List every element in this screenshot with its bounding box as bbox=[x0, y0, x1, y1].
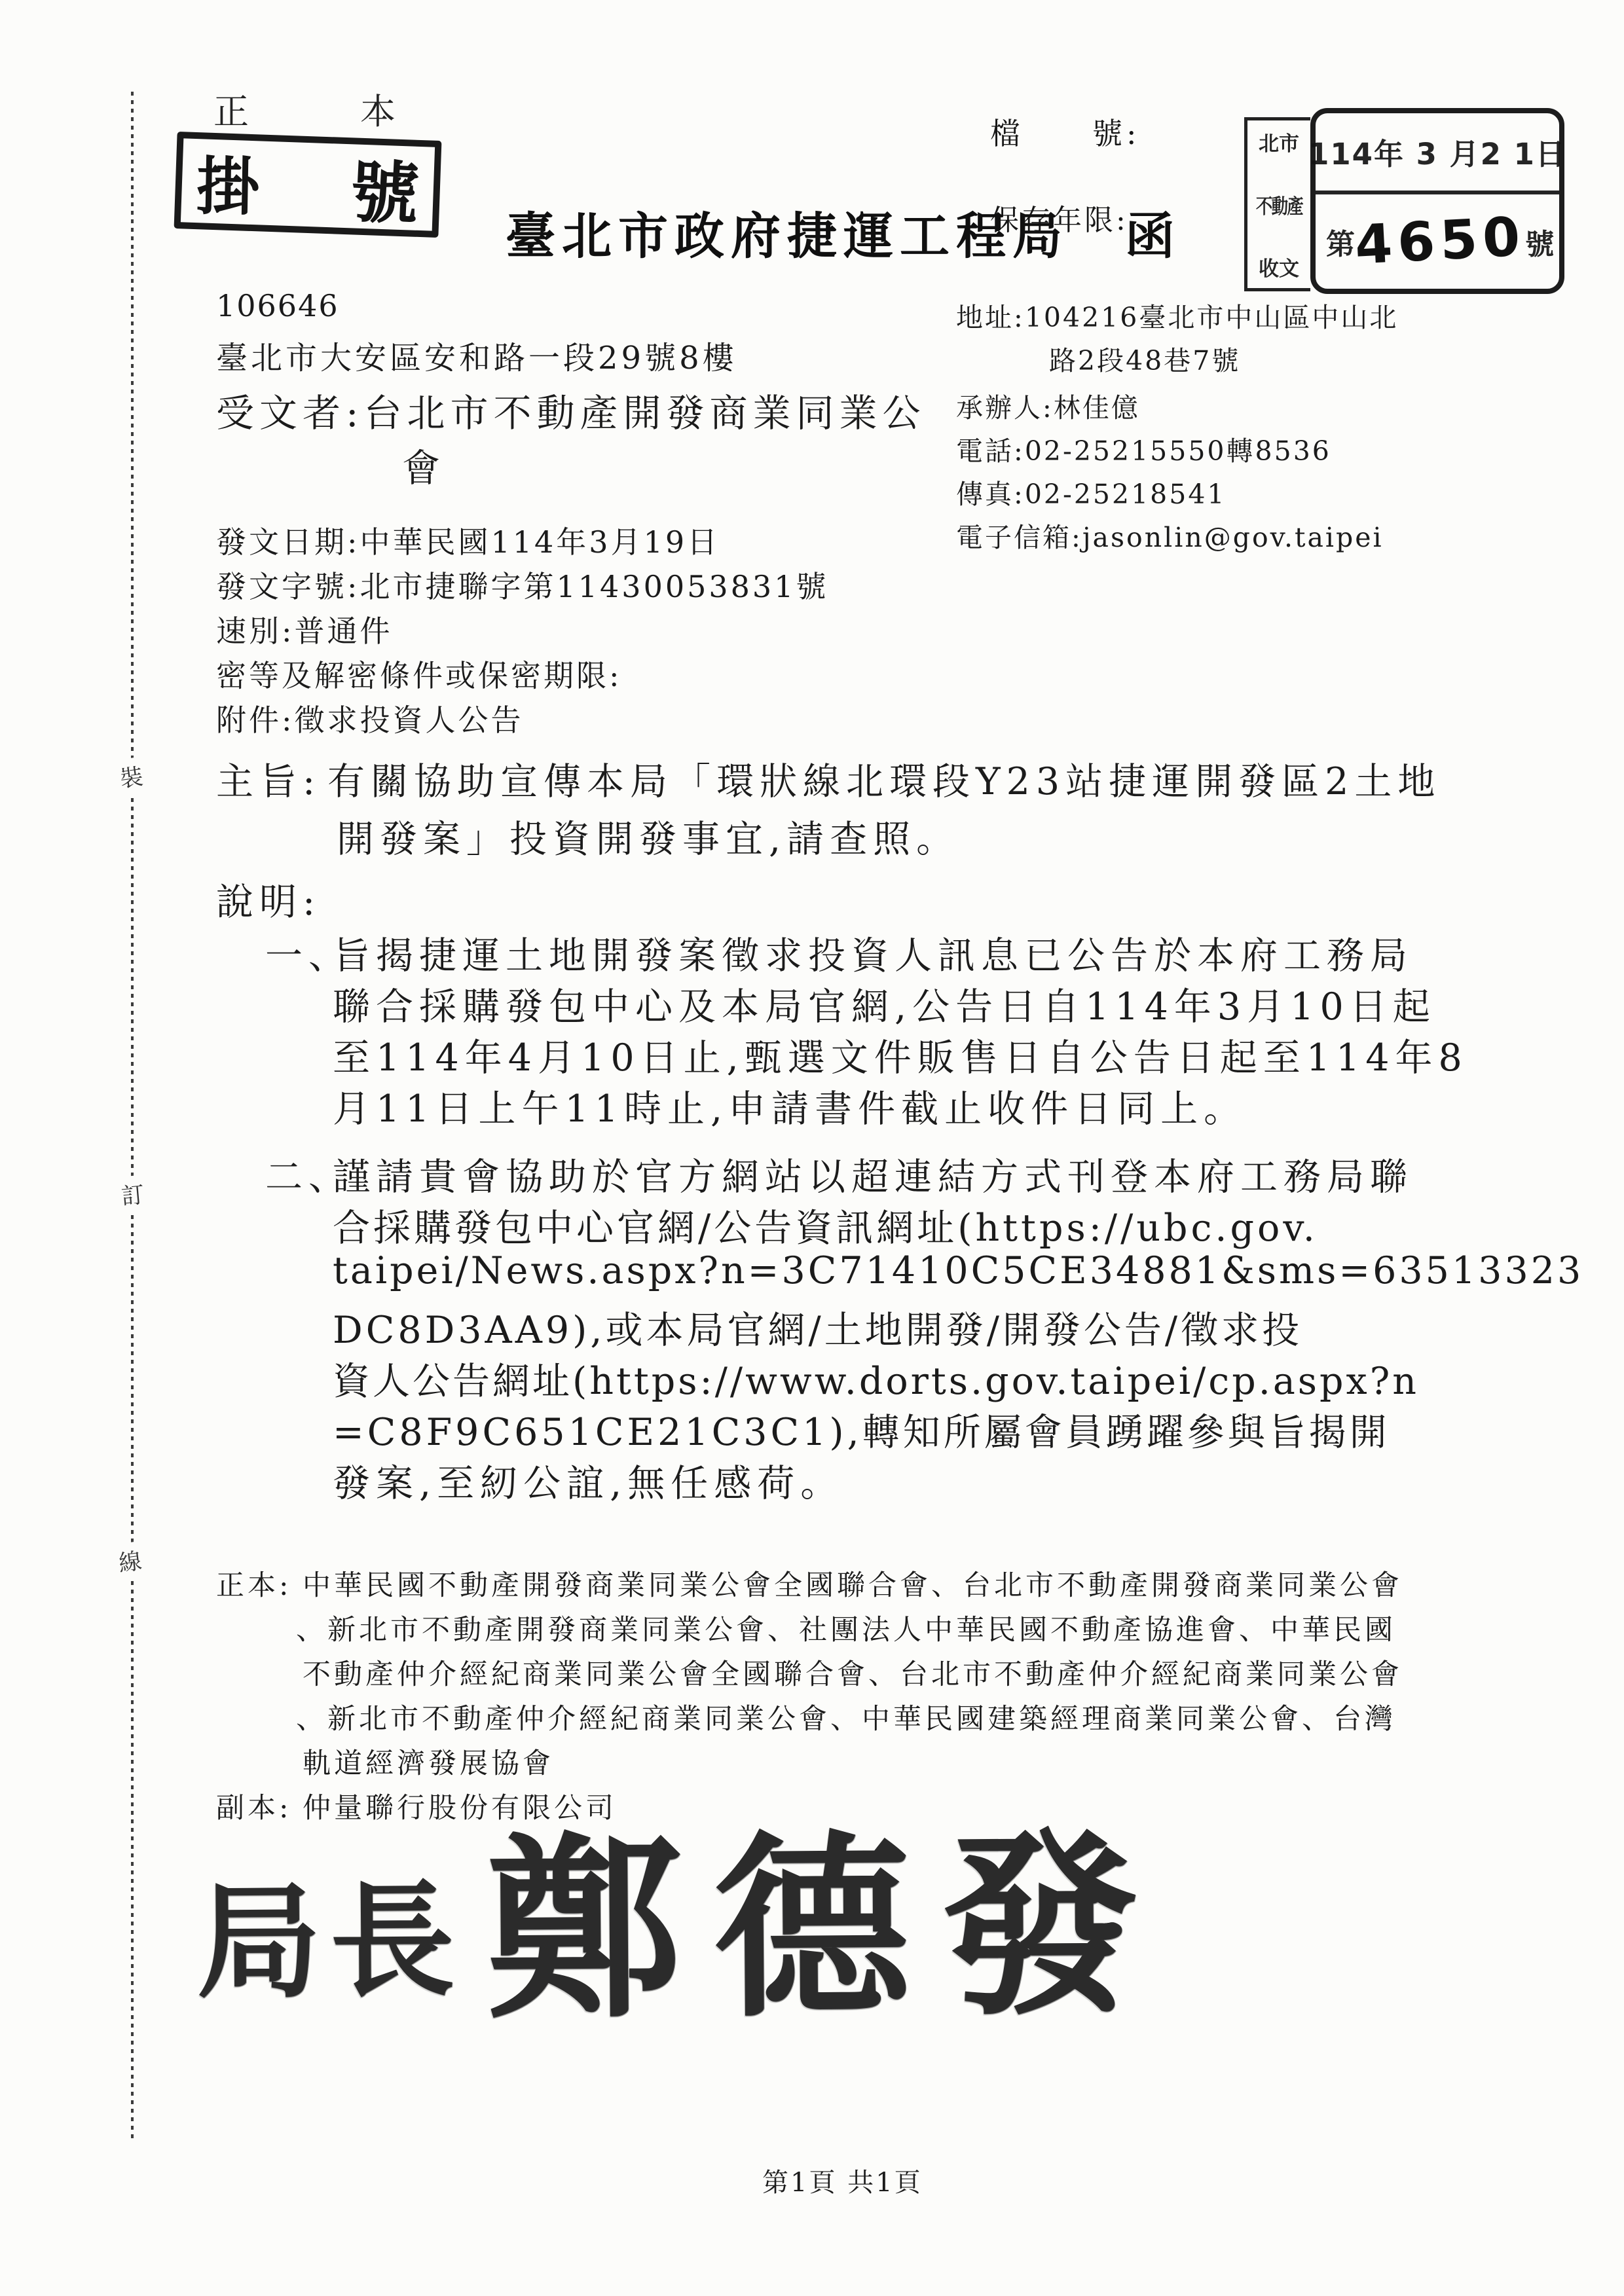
item1-line2: 聯合採購發包中心及本局官網,公告日自114年3月10日起 bbox=[333, 977, 1436, 1030]
receipt-number-prefix: 第 bbox=[1326, 221, 1355, 263]
original-copies-line1: 中華民國不動產開發商業同業公會全國聯合會、台北市不動產開發商業同業公會 bbox=[303, 1563, 1403, 1603]
receipt-stamp-main-box: 114年 3 月2 1日 第 4650 號 bbox=[1310, 108, 1564, 294]
agency-address-line1: 地址:104216臺北市中山區中山北 bbox=[956, 296, 1398, 335]
contact-person: 承辦人:林佳億 bbox=[956, 386, 1140, 425]
item1-line4: 月11日上午11時止,申請書件截止收件日同上。 bbox=[333, 1079, 1247, 1133]
director-signature-stamp: 局長 鄭德發 bbox=[196, 1827, 1170, 2030]
copy-type-label: 正 本 bbox=[213, 84, 434, 134]
recipient-line2: 會 bbox=[402, 437, 440, 492]
registered-mail-stamp: 掛 號 bbox=[174, 132, 442, 238]
recipient-street-address: 臺北市大安區安和路一段29號8樓 bbox=[216, 333, 737, 378]
registered-stamp-char1: 掛 bbox=[196, 136, 260, 227]
item1-line3: 至114年4月10日止,甄選文件販售日自公告日起至114年8 bbox=[333, 1028, 1468, 1082]
original-copies-line5: 軌道經濟發展協會 bbox=[303, 1741, 554, 1781]
receipt-org-row2: 不動產 bbox=[1255, 190, 1302, 219]
item2-line4: DC8D3AA9),或本局官網/土地開發/開發公告/徵求投 bbox=[333, 1300, 1302, 1354]
contact-email: 電子信箱:jasonlin@gov.taipei bbox=[956, 516, 1384, 555]
item2-line1: 謹請貴會協助於官方網站以超連結方式刊登本府工務局聯 bbox=[333, 1147, 1413, 1201]
item2-line3: taipei/News.aspx?n=3C71410C5CE34881&sms=… bbox=[333, 1249, 1583, 1292]
agency-address-line2: 路2段48巷7號 bbox=[1049, 339, 1240, 378]
original-copies-line2: 、新北市不動產開發商業同業公會、社團法人中華民國不動產協進會、中華民國 bbox=[296, 1608, 1396, 1648]
explanation-label: 說明: bbox=[216, 872, 321, 926]
item2-line2: 合採購發包中心官網/公告資訊網址(https://ubc.gov. bbox=[333, 1198, 1318, 1252]
speed-class-line: 速別:普通件 bbox=[216, 608, 393, 651]
signature-title: 局長 bbox=[196, 1841, 464, 2022]
receipt-stamp-org-column: 北市 不動產 收文 bbox=[1244, 117, 1310, 291]
subject-line2: 開發案」投資開發事宜,請查照。 bbox=[337, 809, 959, 863]
item2-line6: =C8F9C651CE21C3C1),轉知所屬會員踴躍參與旨揭開 bbox=[333, 1402, 1390, 1456]
receipt-org-row3: 收文 bbox=[1259, 252, 1299, 282]
issue-number-line: 發文字號:北市捷聯字第11430053831號 bbox=[216, 563, 828, 606]
contact-phone: 電話:02-25215550轉8536 bbox=[956, 429, 1331, 468]
receipt-org-row1: 北市 bbox=[1259, 127, 1299, 156]
item1-line1: 旨揭捷運土地開發案徵求投資人訊息已公告於本府工務局 bbox=[333, 926, 1413, 979]
receipt-stamp: 北市 不動產 收文 114年 3 月2 1日 第 4650 號 bbox=[1244, 108, 1564, 294]
issue-date-line: 發文日期:中華民國114年3月19日 bbox=[216, 519, 720, 562]
recipient-line1: 受文者:台北市不動產開發商業同業公 bbox=[216, 382, 926, 437]
item2-line7: 發案,至紉公誼,無任感荷。 bbox=[333, 1453, 843, 1507]
item2-line5: 資人公告網址(https://www.dorts.gov.taipei/cp.a… bbox=[333, 1351, 1419, 1405]
security-class-line: 密等及解密條件或保密期限: bbox=[216, 652, 622, 695]
contact-fax: 傳真:02-25218541 bbox=[956, 473, 1227, 511]
original-copies-label: 正本: bbox=[216, 1563, 292, 1603]
receipt-date: 114年 3 月2 1日 bbox=[1316, 113, 1559, 194]
subject-line1: 有關協助宣傳本局「環狀線北環段Y23站捷運開發區2土地 bbox=[327, 752, 1441, 805]
document-title: 臺北市政府捷運工程局 函 bbox=[506, 196, 1181, 268]
document-page: 裝 訂 線 正 本 檔 號: 保存年限: 臺北市政府捷運工程局 函 掛 號 北市… bbox=[0, 0, 1624, 2296]
receipt-number-handwritten: 4650 bbox=[1354, 206, 1527, 277]
original-copies-line3: 不動產仲介經紀商業同業公會全國聯合會、台北市不動產仲介經紀商業同業公會 bbox=[303, 1652, 1403, 1692]
page-number: 第1頁 共1頁 bbox=[762, 2162, 923, 2199]
cc-copies-label: 副本: bbox=[216, 1786, 292, 1826]
binding-mark-xian: 線 bbox=[116, 1541, 145, 1580]
binding-mark-ding: 訂 bbox=[119, 1175, 147, 1213]
file-number-label: 檔 號: bbox=[990, 110, 1141, 153]
receipt-number-row: 第 4650 號 bbox=[1316, 194, 1559, 289]
signature-name: 鄭德發 bbox=[485, 1827, 1170, 2028]
binding-mark-zhuang: 裝 bbox=[117, 757, 145, 797]
attachment-line: 附件:徵求投資人公告 bbox=[216, 697, 524, 740]
receipt-number-suffix: 號 bbox=[1525, 221, 1554, 263]
registered-stamp-char2: 號 bbox=[348, 136, 422, 238]
recipient-postal-code: 106646 bbox=[216, 288, 339, 323]
original-copies-line4: 、新北市不動產仲介經紀商業同業公會、中華民國建築經理商業同業公會、台灣 bbox=[296, 1697, 1396, 1737]
subject-label: 主旨: bbox=[216, 752, 321, 805]
binding-dotted-line bbox=[131, 92, 134, 2141]
